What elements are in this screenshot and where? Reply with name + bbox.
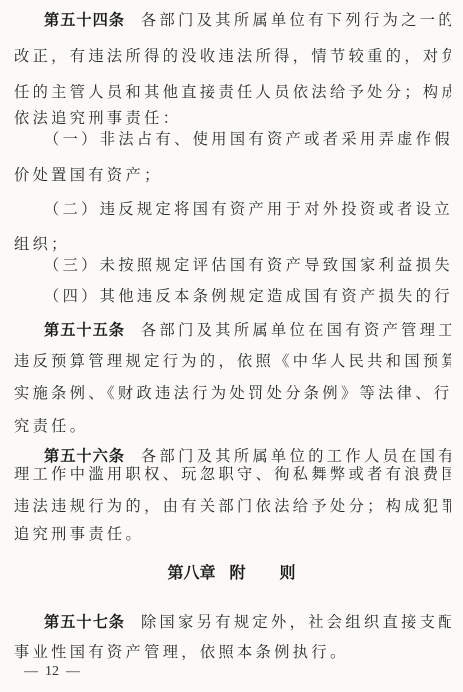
article-55-line-4: 究责任。 <box>14 414 451 438</box>
article-57-title: 第五十七条 <box>44 613 125 631</box>
document-page: 第五十四条各部门及其所属单位有下列行为之一的，责令 改正，有违法所得的没收违法所… <box>0 0 463 692</box>
article-54-item-1-line-2: 价处置国有资产； <box>14 163 451 187</box>
chapter-heading: 第八章附则 <box>0 560 463 586</box>
article-55-title: 第五十五条 <box>44 321 125 339</box>
article-54-item-1-line-1: （一）非法占有、使用国有资产或者采用弄虚作假等方式低 <box>44 127 451 151</box>
article-55-line-3: 实施条例、《财政违法行为处罚处分条例》等法律、行政法规追 <box>14 381 451 405</box>
article-57-text: 除国家另有规定外，社会组织直接支配的行政 <box>141 613 451 631</box>
page-number: — 12 — <box>24 662 80 682</box>
article-54-line-3: 任的主管人员和其他直接责任人员依法给予处分；构成犯罪的， <box>14 80 451 104</box>
article-56-line-2: 理工作中滥用职权、玩忽职守、徇私舞弊或者有浪费国有资产等 <box>14 462 451 486</box>
article-55-line-2: 违反预算管理规定行为的，依照《中华人民共和国预算法》及其 <box>14 349 451 373</box>
article-55-line-1: 第五十五条各部门及其所属单位在国有资产管理工作中有 <box>44 318 451 342</box>
article-54-item-4: （四）其他违反本条例规定造成国有资产损失的行为。 <box>44 284 451 308</box>
article-54-text: 各部门及其所属单位有下列行为之一的，责令 <box>141 11 451 29</box>
article-54-item-2-line-1: （二）违反规定将国有资产用于对外投资或者设立营利性 <box>44 197 451 221</box>
article-57-line-2: 事业性国有资产管理，依照本条例执行。 <box>14 640 451 664</box>
page-number-dash-left: — <box>24 664 38 679</box>
chapter-title-part-1: 附 <box>229 563 245 582</box>
article-54-line-1: 第五十四条各部门及其所属单位有下列行为之一的，责令 <box>44 8 451 32</box>
article-54-item-3: （三）未按照规定评估国有资产导致国家利益损失； <box>44 253 451 277</box>
article-56-line-4: 追究刑事责任。 <box>14 522 451 546</box>
chapter-title-part-2: 则 <box>280 563 296 582</box>
article-57-line-1: 第五十七条除国家另有规定外，社会组织直接支配的行政 <box>44 610 451 634</box>
article-55-text: 各部门及其所属单位在国有资产管理工作中有 <box>141 321 451 339</box>
article-54-line-2: 改正，有违法所得的没收违法所得，情节较重的，对负有直接责 <box>14 44 451 68</box>
article-54-title: 第五十四条 <box>44 11 125 29</box>
page-number-value: 12 <box>45 664 59 679</box>
article-56-line-3: 违法违规行为的，由有关部门依法给予处分；构成犯罪的，依法 <box>14 494 451 518</box>
page-number-dash-right: — <box>66 664 80 679</box>
chapter-number: 第八章 <box>167 563 215 582</box>
